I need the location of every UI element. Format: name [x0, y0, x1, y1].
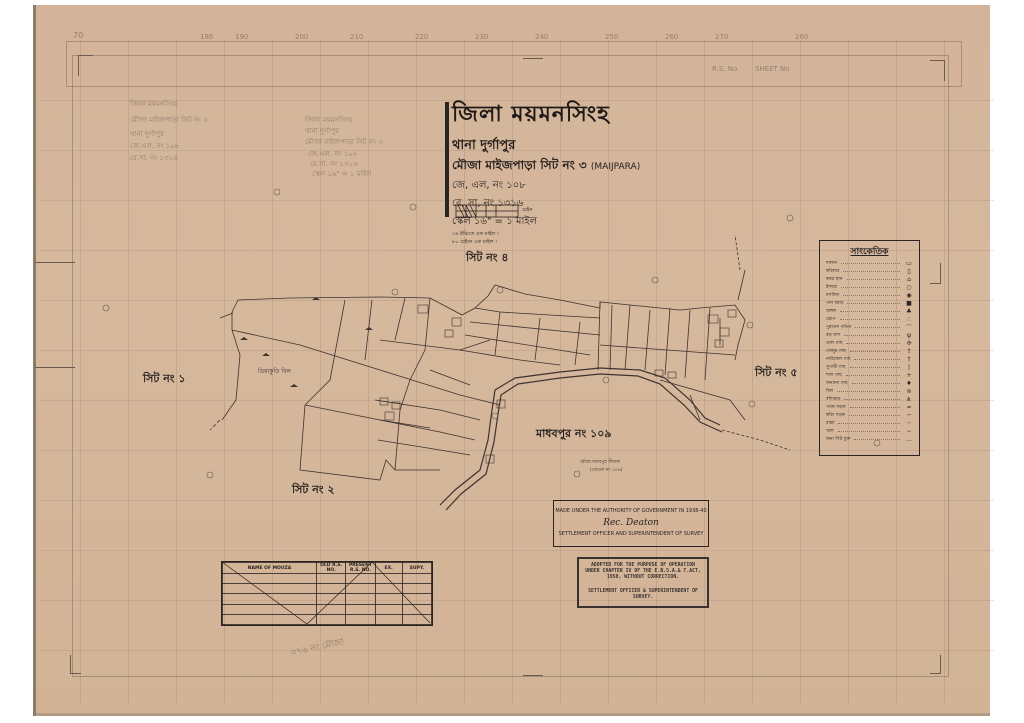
betel-garden-icon: ■	[904, 300, 914, 307]
mouza-title: মৌজা মাইজপাড়া সিট নং ৩ (MAIJPARA)	[452, 157, 640, 177]
legend-item: তাল গাছ✣	[820, 339, 919, 347]
betelnut-tree-icon: |	[904, 364, 914, 371]
legend-item: অন্য সিট যুক্ত…	[820, 435, 919, 443]
unmetalled-road-icon: ─	[904, 412, 914, 419]
bamboo-icon: ⋔	[904, 396, 914, 403]
district-title: জিলা ময়মনসিংহ	[452, 97, 640, 134]
legend-item: দালান▭	[820, 259, 919, 267]
legend-item: জঙ্গল♣	[820, 307, 919, 315]
table-row	[223, 614, 432, 624]
well-icon: ○	[904, 284, 914, 291]
legend-item: কাঁচাঘর▯	[820, 267, 919, 275]
metalled-road-icon: ═	[904, 404, 914, 411]
authority-designation: SETTLEMENT OFFICER AND SUPERINTENDENT OF…	[554, 531, 708, 537]
legend-item: খেজুর গাছ†	[820, 347, 919, 355]
scale-bar-label: চেইন	[522, 207, 532, 215]
table-header: NAME OF MOUZA	[223, 563, 317, 574]
table-row	[223, 594, 432, 604]
sheet-label-east: সিট নং ৫	[755, 364, 798, 383]
table-header: OLD R.S. NO.	[317, 563, 346, 574]
canal-icon: ∼	[904, 428, 914, 435]
rs-number: রে, সা, নং ১৩১৬	[452, 196, 640, 213]
legend-item: কাঁচা সড়ক─	[820, 411, 919, 419]
beel-label: ডিমাকুড়ি বিল	[258, 366, 291, 377]
table-header: SUPY.	[402, 563, 431, 574]
legend-item: খাল∼	[820, 427, 919, 435]
path-icon: ┄	[904, 420, 914, 427]
mosque-icon: ◉	[904, 292, 914, 299]
scale-text: স্কেল ১৬" = ১ মাইল	[452, 214, 640, 231]
table-row	[223, 584, 432, 594]
legend-item: বাঁশঝাড়⋔	[820, 395, 919, 403]
adoption-stamp: ADOPTED FOR THE PURPOSE OF OPERATIONUNDE…	[577, 557, 709, 608]
sheet-label-south: সিট নং ২	[292, 481, 335, 500]
date-palm-icon: †	[904, 348, 914, 355]
legend-item: অন্যান্য গাছ♦	[820, 379, 919, 387]
bush-icon: ∴	[904, 316, 914, 323]
building-icon: ▭	[904, 260, 914, 267]
fallow-icon: ⌒	[904, 323, 914, 332]
jungle-icon: ♣	[904, 308, 914, 315]
adjacent-note: (জেএল নং ১০৯)	[590, 467, 622, 474]
hut-icon: ▯	[904, 268, 914, 275]
legend-item: বড় ঘাসψ	[820, 331, 919, 339]
legend-item: পান বরজ■	[820, 299, 919, 307]
legend-item: কবর স্থান⌂	[820, 275, 919, 283]
legend-item: নারিকেল গাছ†	[820, 355, 919, 363]
authority-line: MADE UNDER THE AUTHORITY OF GOVERNMENT I…	[554, 508, 708, 514]
legend-item: পুরাতন পতিত⌒	[820, 323, 919, 331]
table-header: PRESENT R.S. NO.	[346, 563, 375, 574]
palm-tree-icon: ✣	[904, 340, 914, 347]
legend-box: সাংকেতিক দালান▭ কাঁচাঘর▯ কবর স্থান⌂ ইন্দ…	[819, 240, 920, 456]
adjacent-note: মৌজা মাধবপুর সীমানা	[580, 459, 620, 466]
sal-tree-icon: +	[904, 372, 914, 379]
signature: Rec. Deaton	[554, 518, 708, 528]
legend-item: সুপারী গাছ|	[820, 363, 919, 371]
mouza-table: NAME OF MOUZA OLD R.S. NO. PRESENT R.S. …	[221, 561, 433, 626]
adjacent-mouza-label: মাধবপুর নং ১০৯	[536, 425, 612, 444]
legend-item: মসজিদ◉	[820, 291, 919, 299]
legend-item: ইন্দারা○	[820, 283, 919, 291]
other-tree-icon: ♦	[904, 380, 914, 387]
coconut-tree-icon: †	[904, 356, 914, 363]
authority-box: MADE UNDER THE AUTHORITY OF GOVERNMENT I…	[553, 500, 709, 547]
legend-item: শাল গাছ+	[820, 371, 919, 379]
scale-note: ৮০ চেইনে এক মাইল ।	[452, 239, 640, 247]
grass-icon: ψ	[904, 332, 914, 339]
sheet-label-west: সিট নং ১	[143, 370, 186, 389]
grave-icon: ⌂	[904, 276, 914, 283]
legend-item: পাকা সড়ক═	[820, 403, 919, 411]
scale-note: ১৬ ইঞ্চিতে এক মাইল ।	[452, 231, 640, 239]
jl-number: জে, এল, নং ১০৮	[452, 178, 640, 195]
title-block: জিলা ময়মনসিংহ থানা দুর্গাপুর মৌজা মাইজপ…	[452, 97, 640, 247]
beel-icon: ≋	[904, 388, 914, 395]
title-bar	[445, 102, 449, 217]
legend-item: বিল≋	[820, 387, 919, 395]
thana-title: থানা দুর্গাপুর	[452, 136, 640, 157]
sheet-join-icon: …	[904, 436, 914, 443]
sheet-label-north: সিট নং ৪	[466, 249, 509, 268]
legend-title: সাংকেতিক	[820, 244, 919, 259]
legend-item: রাস্তা┄	[820, 419, 919, 427]
table-header: EX.	[375, 563, 402, 574]
table-row	[223, 574, 432, 584]
table-row	[223, 604, 432, 614]
